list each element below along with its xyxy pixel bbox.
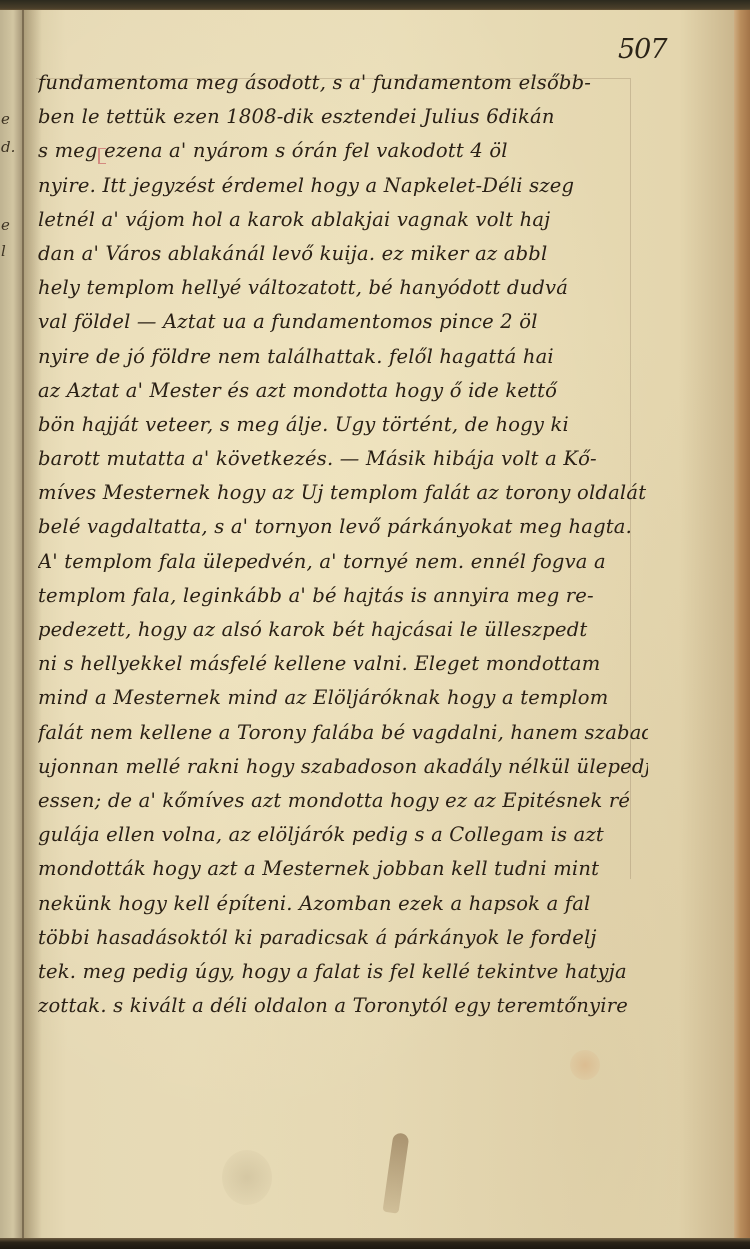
text-line: fundamentoma meg ásodott, s a' fundament…: [38, 66, 648, 100]
text-line: pedezett, hogy az alsó karok bét hajcása…: [38, 613, 648, 647]
text-line: mondották hogy azt a Mesternek jobban ke…: [38, 852, 648, 886]
previous-page-fragment: l: [1, 242, 6, 260]
page-fore-edge: [734, 10, 750, 1240]
text-line: ujonnan mellé rakni hogy szabadoson akad…: [38, 750, 648, 784]
page-number: 507: [618, 34, 667, 65]
text-line: nyire. Itt jegyzést érdemel hogy a Napke…: [38, 169, 648, 203]
text-line: ben le tettük ezen 1808-dik esztendei Ju…: [38, 100, 648, 134]
text-line: letnél a' vájom hol a karok ablakjai vag…: [38, 203, 648, 237]
text-line: zottak. s kivált a déli oldalon a Torony…: [38, 989, 648, 1023]
text-line: A' templom fala ülepedvén, a' tornyé nem…: [38, 545, 648, 579]
paper-stain: [222, 1150, 272, 1205]
text-line: ni s hellyekkel másfelé kellene valni. E…: [38, 647, 648, 681]
text-line: bön hajját veteer, s meg álje. Ugy törté…: [38, 408, 648, 442]
book-bottom-edge: [0, 1238, 750, 1249]
handwritten-text-block: fundamentoma meg ásodott, s a' fundament…: [38, 66, 648, 1023]
text-line: barott mutatta a' következés. — Másik hi…: [38, 442, 648, 476]
text-line: essen; de a' kőmíves azt mondotta hogy e…: [38, 784, 648, 818]
text-line: dan a' Város ablakánál levő kuija. ez mi…: [38, 237, 648, 271]
previous-page-edge: e d. e l: [0, 10, 24, 1240]
text-line: az Aztat a' Mester és azt mondotta hogy …: [38, 374, 648, 408]
previous-page-fragment: e: [1, 216, 10, 234]
text-line: nekünk hogy kell építeni. Azomban ezek a…: [38, 887, 648, 921]
previous-page-fragment: e: [1, 110, 10, 128]
text-line: val földel — Aztat ua a fundamentomos pi…: [38, 305, 648, 339]
text-line: nyire de jó földre nem találhattak. felő…: [38, 340, 648, 374]
text-line: tek. meg pedig úgy, hogy a falat is fel …: [38, 955, 648, 989]
text-line: míves Mesternek hogy az Uj templom falát…: [38, 476, 648, 510]
text-line: többi hasadásoktól ki paradicsak á párká…: [38, 921, 648, 955]
text-line: hely templom hellyé változatott, bé hany…: [38, 271, 648, 305]
text-line: belé vagdaltatta, s a' tornyon levő párk…: [38, 510, 648, 544]
text-line: templom fala, leginkább a' bé hajtás is …: [38, 579, 648, 613]
foxing-spot: [570, 1050, 600, 1080]
previous-page-fragment: d.: [1, 138, 15, 156]
text-line: s meg ezena a' nyárom s órán fel vakodot…: [38, 134, 648, 168]
text-line: gulája ellen volna, az elöljárók pedig s…: [38, 818, 648, 852]
text-line: falát nem kellene a Torony falába bé vag…: [38, 716, 648, 750]
manuscript-scan: e d. e l 507 fundamentoma meg ásodott, s…: [0, 0, 750, 1249]
text-line: mind a Mesternek mind az Elöljáróknak ho…: [38, 681, 648, 715]
